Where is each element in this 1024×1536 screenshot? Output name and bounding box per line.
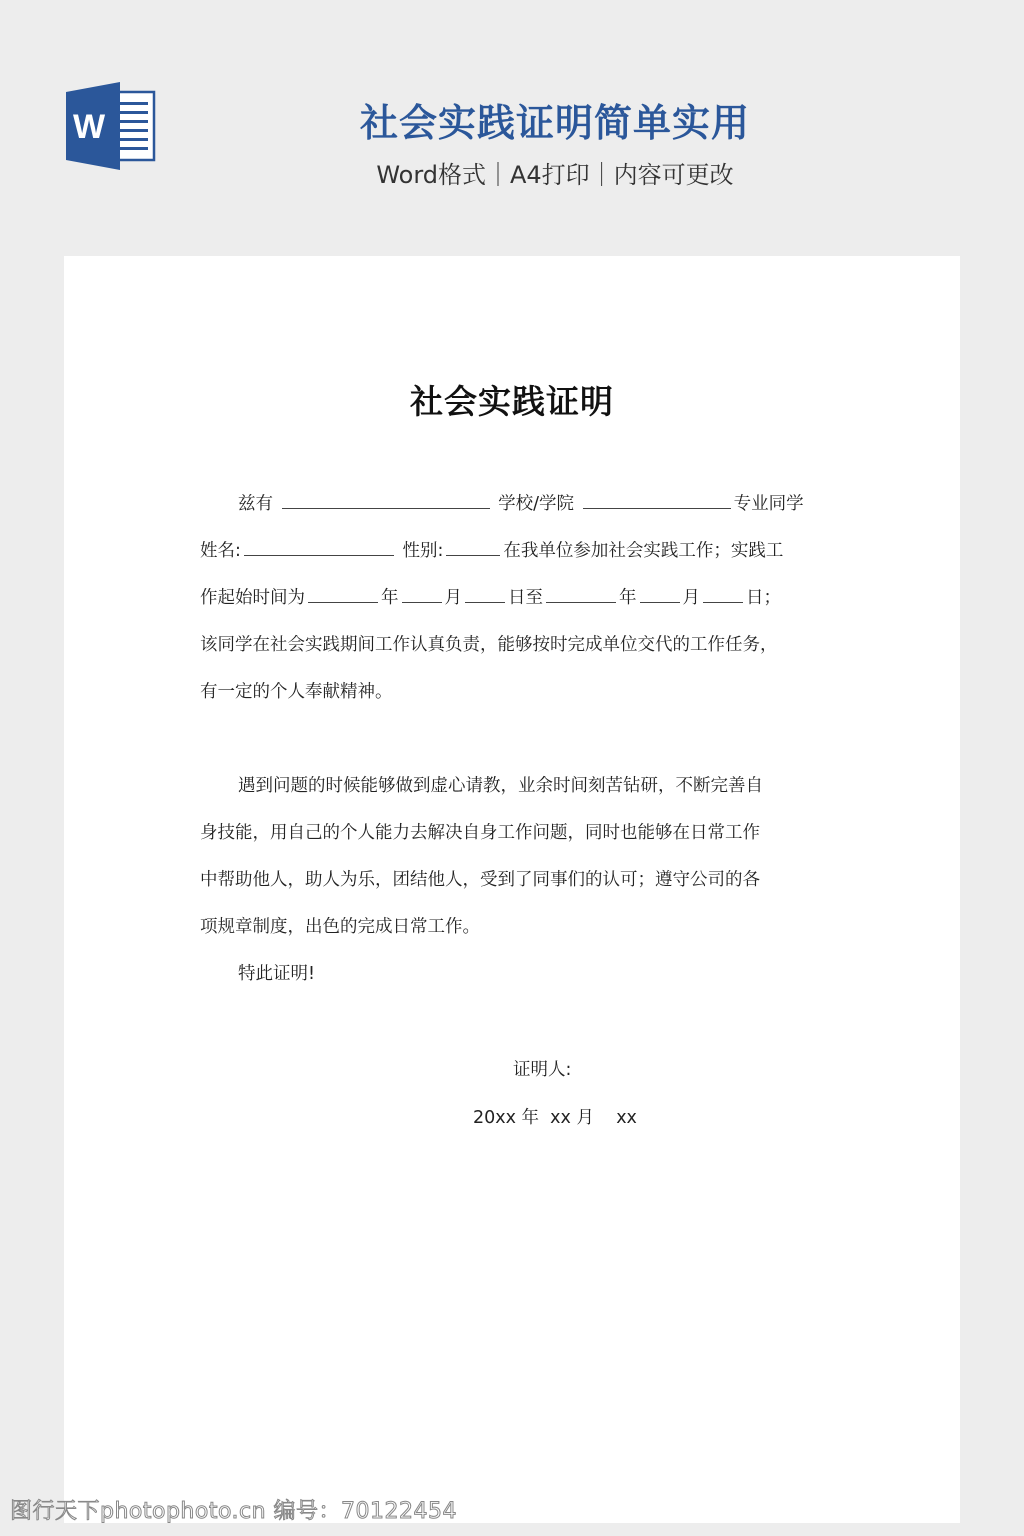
blank-school-field[interactable] [282,490,490,509]
paragraph-2-line-1: 遇到问题的时候能够做到虚心请教，业余时间刻苦钻研，不断完善自 [200,763,840,810]
paragraph-1-line-5: 有一定的个人奉献精神。 [200,669,840,716]
text-segment: 月 [683,588,701,608]
watermark-text: 图行天下photophoto.cn 编号：70122454 [10,1494,457,1525]
paragraph-1-line-2: 姓名: 性别:在我单位参加社会实践工作；实践工 [200,528,840,575]
signature-label: 证明人: [513,1056,571,1081]
text-segment: 学校/学院 [498,494,574,514]
blank-gender-field[interactable] [446,537,500,556]
text-segment: 作起始时间为 [200,588,305,608]
paragraph-2-line-2: 身技能，用自己的个人能力去解决自身工作问题，同时也能够在日常工作 [200,810,840,857]
paragraph-2-line-4: 项规章制度，出色的完成日常工作。 [200,904,840,951]
text-segment: 兹有 [238,494,273,514]
blank-start-year[interactable] [308,584,378,603]
paragraph-2: 遇到问题的时候能够做到虚心请教，业余时间刻苦钻研，不断完善自 身技能，用自己的个… [200,763,840,998]
blank-end-month[interactable] [640,584,680,603]
word-letter: W [73,108,106,146]
blank-end-year[interactable] [546,584,616,603]
paragraph-2-line-3: 中帮助他人，助人为乐，团结他人，受到了同事们的认可；遵守公司的各 [200,857,840,904]
blank-major-field[interactable] [583,490,731,509]
signature-date: 20xx 年 xx 月 xx [473,1104,637,1129]
page-subtitle: Word格式｜A4打印｜内容可更改 [300,155,810,190]
text-segment: 在我单位参加社会实践工作；实践工 [503,541,783,561]
word-icon: W [64,82,156,170]
paragraph-1-line-4: 该同学在社会实践期间工作认真负责，能够按时完成单位交代的工作任务， [200,622,840,669]
text-segment: 日； [746,588,781,608]
text-segment: 性别: [402,541,443,561]
document-page: 社会实践证明 兹有 学校/学院 专业同学 姓名: 性别:在我单位参加社会实践工作… [64,256,960,1523]
blank-end-day[interactable] [703,584,743,603]
text-segment: 月 [445,588,463,608]
text-segment: 年 [619,588,637,608]
paragraph-1-line-3: 作起始时间为年月日至年月日； [200,575,840,622]
paragraph-1: 兹有 学校/学院 专业同学 姓名: 性别:在我单位参加社会实践工作；实践工 作起… [200,481,840,716]
document-title: 社会实践证明 [64,376,960,423]
blank-name-field[interactable] [244,537,394,556]
text-segment: 姓名: [200,541,241,561]
text-segment: 日至 [508,588,543,608]
blank-start-day[interactable] [465,584,505,603]
paragraph-1-line-1: 兹有 学校/学院 专业同学 [200,481,840,528]
closing-line: 特此证明! [200,951,840,998]
text-segment: 专业同学 [734,494,804,514]
page-title: 社会实践证明简单实用 [300,92,810,147]
text-segment: 年 [381,588,399,608]
blank-start-month[interactable] [402,584,442,603]
